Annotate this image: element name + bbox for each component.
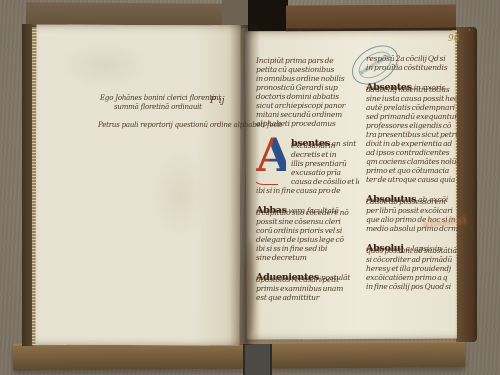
manuscript-line: ter de utroque causa quia	[366, 175, 458, 184]
manuscript-line: in omnibus ordine nobilis	[256, 74, 359, 83]
text-column-2: respōsū 2a cōcilij Qd siin prouĭtia cōst…	[366, 54, 458, 291]
manuscript-line: corū ordinis prioris vel si	[256, 226, 359, 235]
manuscript-line: doctoris domini abbatis	[256, 92, 359, 101]
manuscript-line: sicut archiepiscopi panor	[256, 101, 359, 110]
manuscript-line: catiōe ab possessorem	[366, 197, 458, 206]
parchment-stain	[150, 150, 210, 240]
library-stamp-text: BIBLIOTHECA	[360, 55, 390, 76]
right-board-edge	[456, 27, 477, 342]
manuscript-photo: { "scene": { "background_color": "#8a807…	[0, 0, 500, 375]
manuscript-line: possit sine cōsensu cleri	[256, 217, 359, 226]
manuscript-line: ibi si in fine causa pro de	[256, 186, 359, 195]
section-lines: quos possunt ad substātiāsi cōcorditer a…	[366, 246, 458, 291]
manuscript-line: est que admittitur	[256, 293, 359, 302]
folio-corner-mark: ’	[468, 28, 471, 37]
manuscript-line: sine iusta causa possit hec	[366, 94, 458, 103]
manuscript-line: si cōcorditer ad primādū	[366, 255, 458, 264]
manuscript-line: delegari de ipsius lege cō	[256, 235, 359, 244]
gutter-stain	[245, 240, 254, 336]
decorated-initial-A: A	[256, 132, 286, 178]
text-column-1: Incipiūt prima pars depetita cū question…	[256, 56, 359, 302]
manuscript-line: mitani secundū ordinem	[256, 110, 359, 119]
folio-number: 96	[448, 34, 459, 44]
manuscript-line: quos possunt ad substātiā	[366, 246, 458, 255]
manuscript-line: per librū possit excōicari	[366, 206, 458, 215]
manuscript-line: ibi si ss in fine sed ibi	[256, 244, 359, 253]
manuscript-line: sed primandū exequantur	[366, 112, 458, 121]
section-aduenientes: Aduenientespostulāt apostolos recusari p…	[256, 265, 359, 302]
section-lines: aduocatj nolentiū totiussine iusta causa…	[366, 85, 458, 184]
spine-tail	[243, 344, 272, 375]
inscription-line: Ego Johānes bonini clerici florentini	[100, 94, 282, 103]
manuscript-line: dixit in ab experientia ad	[366, 139, 458, 148]
section-abbas: Abbasvero facultatē a capitulo suo cōced…	[256, 198, 359, 262]
manuscript-line: pronosticū Gerardi sup	[256, 83, 359, 92]
manuscript-line: autē prelatis cōdempnari	[366, 103, 458, 112]
manuscript-line: aduocatj nolentiū totius	[366, 85, 458, 94]
manuscript-line: alphabeti procedamus	[256, 119, 359, 128]
manuscript-line: ad ipsos contradicentes	[366, 148, 458, 157]
heading-continuation: an sint	[332, 139, 356, 148]
ownership-inscription: Ego Johānes bonini clerici florentini su…	[100, 94, 282, 130]
top-board-edge-right	[286, 5, 456, 32]
manuscript-line: Incipiūt prima pars de	[256, 56, 359, 65]
manuscript-line: professores eligendis cō	[366, 121, 458, 130]
section-lines: a capitulo suo cōcedere nōpossit sine cō…	[256, 208, 359, 262]
section-absentes-2: Absentesin uxoris aduocatj nolentiū toti…	[366, 75, 458, 184]
manuscript-line: a capitulo suo cōcedere nō	[256, 208, 359, 217]
intro-paragraph: Incipiūt prima pars depetita cū question…	[256, 56, 359, 128]
manuscript-line: primo et quo cōtumacia	[366, 166, 458, 175]
manuscript-line: petita cū questionibus	[256, 65, 359, 74]
manuscript-line: sine decretum	[256, 253, 359, 262]
section-absentes-1: A bsentesan sint excusandi indecretis et…	[256, 131, 359, 195]
manuscript-line: tra presentibus sicut petrus	[366, 130, 458, 139]
top-board-gap	[222, 0, 250, 28]
manuscript-line: primis examinibus unam	[256, 284, 359, 293]
inscription-line: Petrus pauli reportorij questionū ordine…	[98, 121, 282, 130]
section-absoluj: Absoluja lapsis in quos possunt ad subst…	[366, 236, 458, 291]
manuscript-line: excōicatiōem primo a q	[366, 273, 458, 282]
parchment-stain	[60, 40, 150, 90]
manuscript-line: heresy et illa prouidendj	[366, 264, 458, 273]
inscription-mark: P ij	[210, 96, 225, 106]
manuscript-line: qm cociens clamātes nolūt	[366, 157, 458, 166]
manuscript-line: in fine cōsilij pos Quod si	[366, 282, 458, 291]
